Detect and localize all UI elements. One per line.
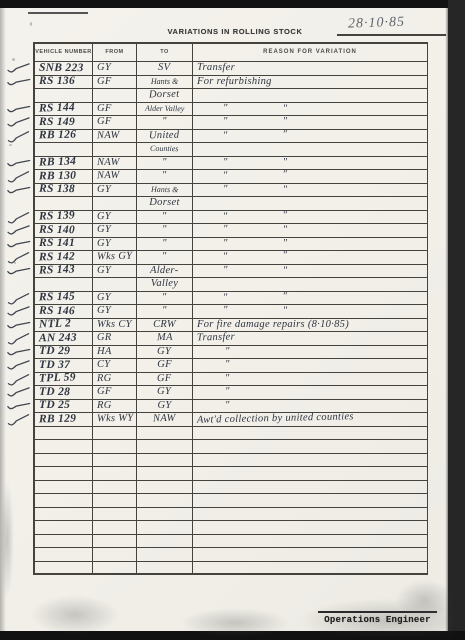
cell-from: GY — [93, 238, 137, 252]
cell-from: Wks GY — [93, 251, 137, 265]
vehicle-value: RS 138 — [39, 184, 75, 196]
reason-value: " " — [197, 306, 287, 317]
cell-to — [137, 427, 193, 441]
cell-to: GY — [137, 386, 193, 400]
cell-reason: " — [193, 400, 428, 414]
vehicle-value: RS 136 — [39, 76, 75, 88]
cell-reason: " " — [193, 292, 428, 306]
reason-value: " — [225, 373, 230, 384]
cell-vehicle: RS 136 — [33, 76, 93, 90]
cell-to: " — [137, 238, 193, 252]
cell-reason: For refurbishing — [193, 76, 428, 90]
tick-spacer — [5, 467, 33, 481]
cell-from — [93, 467, 137, 481]
cell-from: GY — [93, 292, 137, 306]
cell-from — [93, 562, 137, 576]
table-row: RB 126NAWUnited" " — [5, 130, 428, 144]
cell-from: GF — [93, 76, 137, 90]
cell-reason: Transfer — [193, 62, 428, 76]
cell-to — [137, 548, 193, 562]
cell-vehicle — [33, 454, 93, 468]
cell-reason — [193, 562, 428, 576]
cell-from: GY — [93, 305, 137, 319]
table-row-empty — [5, 521, 428, 535]
reason-value: Transfer — [197, 333, 235, 344]
to-value: GY — [157, 387, 171, 398]
scan-smudge — [395, 580, 455, 620]
to-value: United — [149, 130, 180, 141]
check-mark-icon — [5, 386, 33, 400]
table-body: SNB 223GYSVTransferRS 136GFHants &For re… — [5, 62, 428, 575]
vehicle-value: TPL 59 — [39, 372, 76, 385]
cell-from — [93, 481, 137, 495]
table-row: RS 144GFAlder Valley" " — [5, 103, 428, 117]
from-value: Wks GY — [97, 252, 133, 263]
cell-from: NAW — [93, 157, 137, 171]
reason-value: " " — [197, 129, 288, 142]
check-mark-icon — [5, 413, 33, 427]
to-value: Dorset — [149, 90, 180, 101]
cell-to — [137, 481, 193, 495]
tick-spacer — [5, 197, 33, 211]
tick-spacer — [5, 427, 33, 441]
cell-reason: " — [193, 373, 428, 387]
cell-to — [137, 454, 193, 468]
cell-vehicle: SNB 223 — [33, 62, 93, 76]
cell-reason — [193, 521, 428, 535]
cell-to: GY — [137, 346, 193, 360]
cell-to — [137, 467, 193, 481]
to-value: " — [162, 171, 167, 182]
cell-to: SV — [137, 62, 193, 76]
cell-from — [93, 535, 137, 549]
vehicle-value: RS 141 — [39, 238, 75, 250]
check-mark-icon — [5, 184, 33, 198]
from-value: RG — [97, 373, 112, 384]
cell-reason — [193, 89, 428, 103]
cell-from — [93, 427, 137, 441]
cell-vehicle — [33, 143, 93, 157]
scan-edge-top — [0, 0, 465, 8]
cell-from: GY — [93, 224, 137, 238]
cell-vehicle: RS 149 — [33, 116, 93, 130]
check-mark-icon — [5, 292, 33, 306]
from-value: NAW — [97, 158, 120, 169]
check-mark-icon — [5, 251, 33, 265]
check-mark-icon — [5, 170, 33, 184]
cell-from — [93, 494, 137, 508]
from-value: Wks WY — [97, 414, 134, 425]
check-mark-icon — [5, 62, 33, 76]
cell-from: GF — [93, 103, 137, 117]
cell-to: " — [137, 224, 193, 238]
check-mark-icon — [5, 130, 33, 144]
check-mark-icon — [5, 211, 33, 225]
cell-vehicle — [33, 548, 93, 562]
table-row: Dorset — [5, 197, 428, 211]
vehicle-value: SNB 223 — [39, 62, 84, 74]
cell-from: CY — [93, 359, 137, 373]
table-row: RB 130NAW"" " — [5, 170, 428, 184]
to-value: Alder Valley — [145, 105, 184, 113]
check-mark-icon — [5, 373, 33, 387]
vehicle-value: RB 134 — [39, 156, 77, 169]
to-value: " — [162, 306, 167, 317]
cell-from: GF — [93, 116, 137, 130]
cell-reason — [193, 548, 428, 562]
table-row-empty — [5, 454, 428, 468]
check-mark-icon — [5, 346, 33, 360]
to-value: Hants & — [151, 186, 178, 194]
cell-reason: " " — [193, 305, 428, 319]
cell-to: Hants & — [137, 184, 193, 198]
cell-vehicle: RS 143 — [33, 265, 93, 279]
table-row: TD 37CYGF" — [5, 359, 428, 373]
handwritten-date: 28·10·85 — [348, 13, 444, 32]
to-value: " — [162, 211, 167, 222]
scan-speck — [14, 262, 16, 264]
reason-value: " " — [197, 184, 287, 195]
margin-mark-line — [28, 12, 88, 14]
cell-to: Alder Valley — [137, 103, 193, 117]
cell-reason: " " — [193, 157, 428, 171]
cell-vehicle — [33, 197, 93, 211]
table-row: SNB 223GYSVTransfer — [5, 62, 428, 76]
vehicle-value: RS 140 — [39, 224, 75, 236]
cell-from: GY — [93, 265, 137, 279]
cell-reason: Transfer — [193, 332, 428, 346]
table-row: Dorset — [5, 89, 428, 103]
from-value: GY — [97, 211, 111, 222]
vehicle-value: RS 149 — [39, 117, 75, 129]
cell-to: " — [137, 292, 193, 306]
table-header-row: VEHICLE NUMBER FROM TO REASON FOR VARIAT… — [5, 42, 428, 62]
reason-value: " " — [197, 103, 287, 114]
from-value: NAW — [97, 130, 120, 141]
from-value: GR — [97, 333, 112, 344]
to-value: GY — [157, 346, 171, 357]
vehicle-value: RB 130 — [39, 170, 77, 182]
cell-vehicle — [33, 467, 93, 481]
cell-vehicle — [33, 494, 93, 508]
cell-from — [93, 454, 137, 468]
reason-value: " — [225, 401, 230, 412]
cell-to — [137, 521, 193, 535]
vehicle-value: TD 29 — [39, 346, 70, 358]
cell-from — [93, 548, 137, 562]
cell-vehicle: RB 129 — [33, 413, 93, 427]
to-value: GY — [157, 401, 171, 412]
cell-vehicle: NTL 2 — [33, 319, 93, 333]
cell-to: Alder- — [137, 265, 193, 279]
column-header-to: TO — [137, 42, 193, 62]
from-value: Wks CY — [97, 320, 132, 331]
from-value: GY — [97, 306, 111, 317]
cell-vehicle: RS 146 — [33, 305, 93, 319]
cell-to: " — [137, 116, 193, 130]
to-value: NAW — [153, 414, 176, 425]
reason-value: " " — [197, 158, 287, 169]
cell-to: GF — [137, 359, 193, 373]
vehicle-value: NTL 2 — [39, 318, 71, 331]
from-value: HA — [97, 346, 112, 357]
from-value: GY — [97, 225, 111, 236]
cell-reason: " " — [193, 116, 428, 130]
cell-vehicle: TD 29 — [33, 346, 93, 360]
table-row-empty — [5, 440, 428, 454]
cell-vehicle: TD 25 — [33, 400, 93, 414]
scan-speck — [30, 22, 32, 26]
check-mark-icon — [5, 265, 33, 279]
cell-vehicle: RB 126 — [33, 130, 93, 144]
reason-value: " " — [197, 210, 288, 223]
cell-reason: Awt'd collection by united counties — [193, 413, 428, 427]
cell-to — [137, 440, 193, 454]
cell-to: Hants & — [137, 76, 193, 90]
scanned-page: VARIATIONS IN ROLLING STOCK 28·10·85 VEH… — [0, 0, 465, 640]
to-value: GF — [157, 360, 172, 371]
table-row: RS 138GYHants &" " — [5, 184, 428, 198]
vehicle-value: RS 144 — [39, 102, 75, 115]
to-value: SV — [158, 63, 170, 74]
reason-value: " " — [197, 251, 288, 264]
cell-from — [93, 278, 137, 292]
cell-reason: " " — [193, 238, 428, 252]
cell-reason — [193, 440, 428, 454]
cell-vehicle — [33, 440, 93, 454]
reason-value: " " — [197, 291, 288, 304]
cell-vehicle: RS 141 — [33, 238, 93, 252]
table-row: RS 143GYAlder-" " — [5, 265, 428, 279]
cell-to: MA — [137, 332, 193, 346]
table-row: Counties — [5, 143, 428, 157]
from-value: GF — [97, 117, 112, 128]
scan-smudge — [30, 595, 120, 635]
cell-to: GF — [137, 373, 193, 387]
cell-reason: " " — [193, 184, 428, 198]
check-mark-icon — [5, 305, 33, 319]
cell-from — [93, 521, 137, 535]
check-mark-icon — [5, 157, 33, 171]
cell-reason: " " — [193, 251, 428, 265]
table-row-empty — [5, 535, 428, 549]
check-mark-icon — [5, 116, 33, 130]
table-row: TD 25RGGY" — [5, 400, 428, 414]
cell-to: GY — [137, 400, 193, 414]
cell-vehicle: TD 37 — [33, 359, 93, 373]
cell-vehicle: RB 130 — [33, 170, 93, 184]
cell-from: NAW — [93, 170, 137, 184]
table-row-empty — [5, 481, 428, 495]
scan-smudge — [0, 480, 14, 600]
cell-reason — [193, 467, 428, 481]
vehicle-value: RB 126 — [39, 130, 77, 142]
cell-from: Wks WY — [93, 413, 137, 427]
vehicle-value: RS 142 — [39, 251, 75, 263]
cell-vehicle: RS 140 — [33, 224, 93, 238]
cell-to: " — [137, 157, 193, 171]
to-value: " — [162, 117, 167, 128]
cell-to — [137, 494, 193, 508]
cell-reason: " " — [193, 265, 428, 279]
cell-reason: " " — [193, 130, 428, 144]
cell-vehicle — [33, 535, 93, 549]
to-value: Hants & — [151, 78, 178, 86]
check-mark-icon — [5, 319, 33, 333]
tick-spacer — [5, 454, 33, 468]
cell-vehicle — [33, 562, 93, 576]
check-mark-icon — [5, 359, 33, 373]
cell-from: GR — [93, 332, 137, 346]
cell-to: " — [137, 305, 193, 319]
cell-to — [137, 535, 193, 549]
column-header-from: FROM — [93, 42, 137, 62]
table-row: RS 145GY"" " — [5, 292, 428, 306]
from-value: RG — [97, 401, 112, 412]
cell-vehicle — [33, 278, 93, 292]
cell-vehicle: RS 144 — [33, 103, 93, 117]
from-value: GY — [97, 292, 111, 303]
reason-value: " — [225, 387, 230, 398]
cell-reason: " — [193, 359, 428, 373]
cell-reason: " " — [193, 170, 428, 184]
table-row-empty — [5, 427, 428, 441]
cell-from — [93, 197, 137, 211]
reason-value: " — [225, 360, 230, 371]
cell-vehicle: TD 28 — [33, 386, 93, 400]
reason-value: Transfer — [197, 63, 235, 74]
cell-from: GY — [93, 211, 137, 225]
reason-value: For fire damage repairs (8·10·85) — [197, 320, 349, 331]
vehicle-value: RS 139 — [39, 210, 75, 223]
cell-to: Dorset — [137, 197, 193, 211]
table-row: TD 29HAGY" — [5, 346, 428, 360]
cell-vehicle — [33, 508, 93, 522]
cell-reason — [193, 535, 428, 549]
table-row: NTL 2Wks CYCRWFor fire damage repairs (8… — [5, 319, 428, 333]
from-value: GY — [97, 265, 111, 276]
to-value: " — [162, 158, 167, 169]
cell-to: NAW — [137, 413, 193, 427]
cell-vehicle: TPL 59 — [33, 373, 93, 387]
vehicle-value: RS 145 — [39, 292, 75, 304]
vehicle-value: AN 243 — [39, 332, 77, 344]
paper-edge-shadow — [445, 8, 448, 631]
cell-from: GF — [93, 386, 137, 400]
cell-vehicle — [33, 427, 93, 441]
from-value: GY — [97, 239, 111, 250]
to-value: " — [162, 225, 167, 236]
cell-to: " — [137, 251, 193, 265]
vehicle-value: TD 28 — [39, 386, 70, 398]
reason-value: For refurbishing — [197, 77, 272, 88]
cell-reason: " — [193, 386, 428, 400]
cell-reason — [193, 508, 428, 522]
table-row: Valley — [5, 278, 428, 292]
to-value: Counties — [150, 145, 179, 153]
cell-reason: For fire damage repairs (8·10·85) — [193, 319, 428, 333]
cell-from — [93, 143, 137, 157]
table-row: RB 134NAW"" " — [5, 157, 428, 171]
cell-vehicle: RB 134 — [33, 157, 93, 171]
reason-value: " " — [197, 265, 287, 276]
table-row: TD 28GFGY" — [5, 386, 428, 400]
scan-edge-right — [448, 0, 465, 640]
cell-from: GY — [93, 184, 137, 198]
vehicle-value: RS 143 — [39, 264, 75, 277]
cell-from: NAW — [93, 130, 137, 144]
table-row: RS 140GY"" " — [5, 224, 428, 238]
cell-from — [93, 440, 137, 454]
cell-vehicle: RS 138 — [33, 184, 93, 198]
check-mark-icon — [5, 332, 33, 346]
to-value: CRW — [153, 320, 176, 331]
cell-reason — [193, 197, 428, 211]
check-mark-icon — [5, 400, 33, 414]
check-mark-icon — [5, 76, 33, 90]
table-row: TPL 59RGGF" — [5, 373, 428, 387]
table-row-empty — [5, 508, 428, 522]
vehicle-value: TD 37 — [39, 360, 70, 372]
from-value: GF — [97, 77, 112, 88]
check-mark-icon — [5, 238, 33, 252]
reason-value: Awt'd collection by united counties — [197, 412, 354, 426]
scan-speck — [12, 58, 15, 61]
scan-smudge — [180, 608, 290, 638]
cell-from: HA — [93, 346, 137, 360]
cell-vehicle: RS 142 — [33, 251, 93, 265]
table-row-empty — [5, 548, 428, 562]
column-header-reason: REASON FOR VARIATION — [193, 42, 428, 62]
to-value: Dorset — [149, 198, 179, 209]
cell-reason — [193, 143, 428, 157]
cell-vehicle — [33, 521, 93, 535]
to-value: GF — [157, 373, 172, 384]
table-row-empty — [5, 467, 428, 481]
from-value: CY — [97, 360, 110, 371]
column-header-vehicle-number: VEHICLE NUMBER — [33, 42, 93, 62]
reason-value: " — [225, 346, 230, 357]
from-value: NAW — [97, 171, 120, 182]
cell-reason — [193, 278, 428, 292]
cell-to: United — [137, 130, 193, 144]
reason-value: " " — [197, 117, 287, 128]
cell-from: RG — [93, 400, 137, 414]
vehicle-value: RS 146 — [39, 305, 75, 317]
from-value: GY — [97, 184, 111, 195]
vehicle-value: RB 129 — [39, 413, 77, 425]
cell-to: Dorset — [137, 89, 193, 103]
to-value: Alder- — [150, 265, 179, 276]
cell-reason — [193, 481, 428, 495]
tick-spacer — [5, 42, 33, 62]
cell-reason: " — [193, 346, 428, 360]
tick-spacer — [5, 440, 33, 454]
scan-speck — [9, 144, 12, 146]
to-value: " — [162, 252, 167, 263]
cell-to: " — [137, 211, 193, 225]
to-value: " — [162, 292, 167, 303]
vehicle-value: TD 25 — [39, 400, 70, 412]
cell-vehicle: RS 139 — [33, 211, 93, 225]
cell-to: CRW — [137, 319, 193, 333]
to-value: Valley — [151, 279, 178, 290]
from-value: GF — [97, 387, 112, 398]
to-value: " — [162, 239, 167, 250]
reason-value: " " — [197, 225, 287, 236]
date-underline — [337, 34, 446, 36]
reason-value: " " — [197, 170, 288, 183]
